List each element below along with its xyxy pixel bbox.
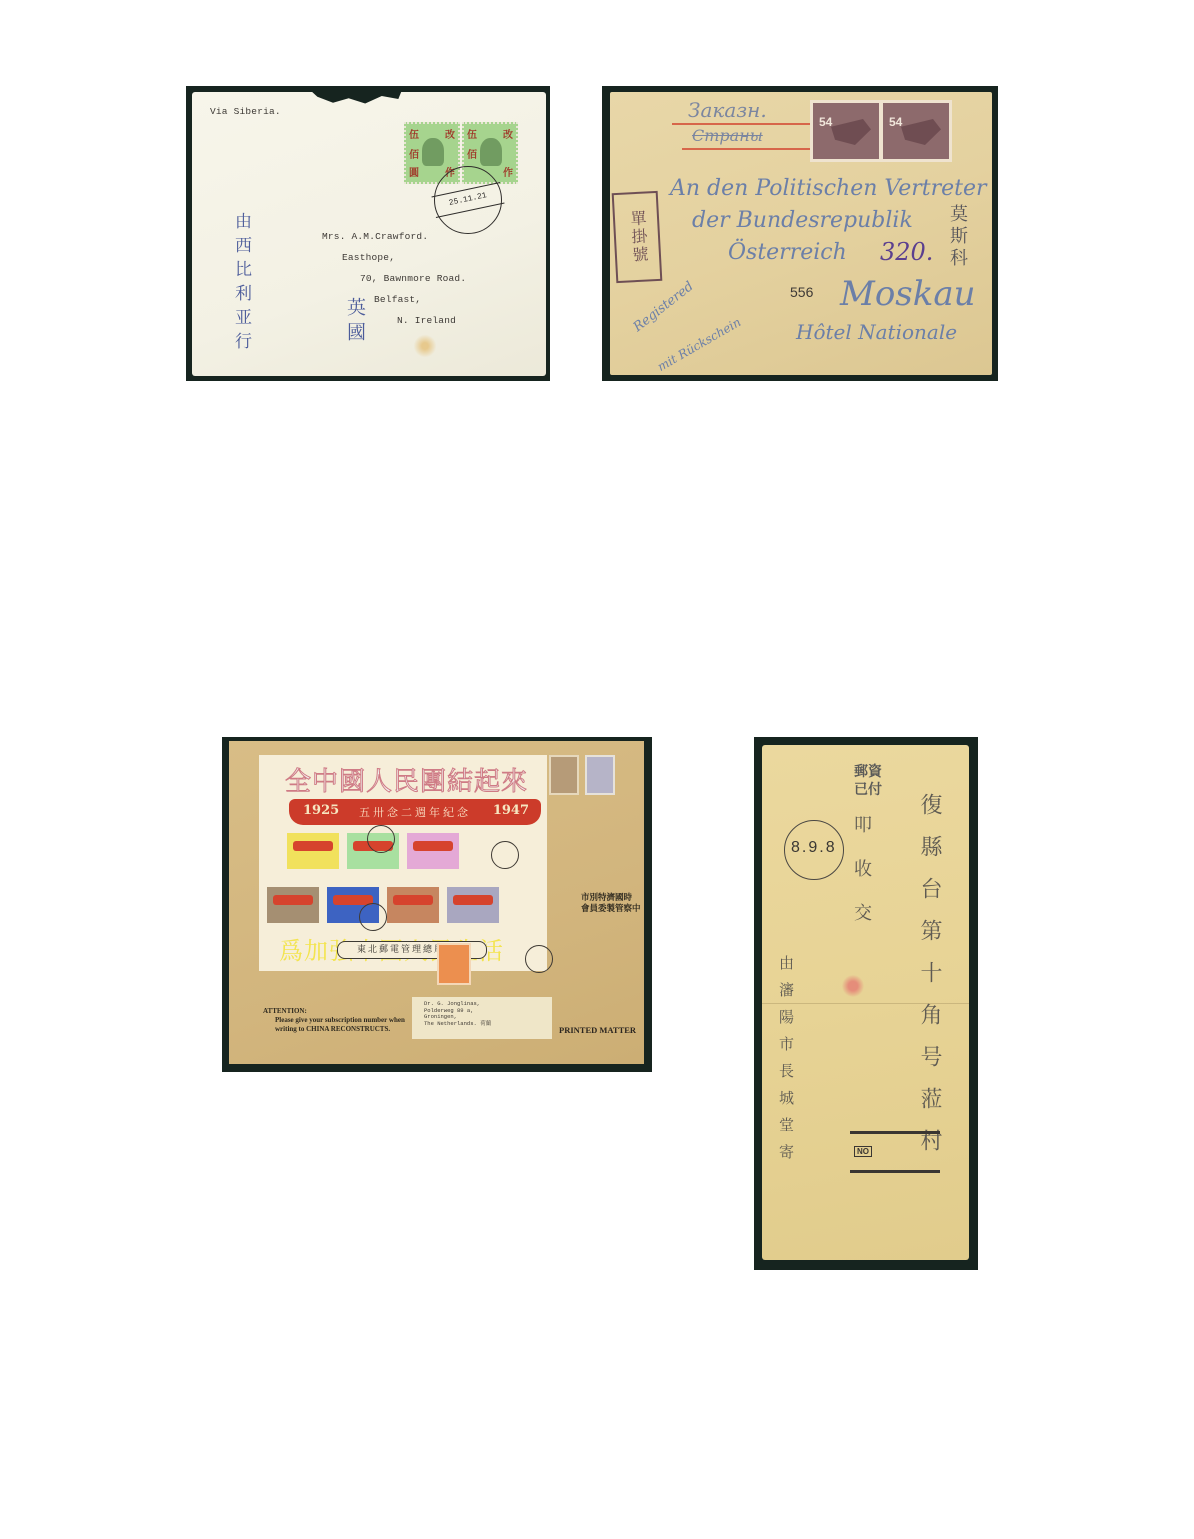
address-line: 70, Bawnmore Road.	[322, 268, 466, 289]
cover-via-siberia: Via Siberia. 伍 改 佰 圓 作 伍 改 佰 作 25.11.21 …	[186, 86, 550, 381]
banner-icon	[413, 841, 453, 851]
address-line: der Bundesrepublik	[692, 208, 913, 233]
address-line: Easthope,	[322, 247, 466, 268]
registration-mark: NO	[850, 1131, 940, 1173]
postmark-cancel	[491, 841, 519, 869]
postmark-cancel: 8.9.8	[784, 820, 844, 880]
address-city: Moskau	[840, 274, 976, 314]
envelope-tall: 郵資 已付 8.9.8 復縣台第十角号蒞村 叩收交 由瀋陽市長城堂寄 NO	[762, 745, 969, 1260]
banner-icon	[393, 895, 433, 905]
stamp-purple-2: 54	[880, 100, 952, 162]
postage-paid-line: 郵資	[854, 763, 896, 781]
banner-icon	[453, 895, 493, 905]
ribbon-text: 五卅念二週年紀念	[349, 804, 481, 820]
recipient-column: 叩收交	[848, 815, 874, 947]
overprint-char: 改	[503, 126, 513, 141]
address-line: Mrs. A.M.Crawford.	[322, 226, 466, 247]
envelope-white: Via Siberia. 伍 改 佰 圓 作 伍 改 佰 作 25.11.21 …	[192, 92, 546, 376]
overprint-char: 佰	[467, 146, 477, 161]
cyrillic-note: Заказн.	[688, 98, 767, 122]
printed-matter-label: PRINTED MATTER	[559, 1025, 636, 1035]
stain-mark	[414, 334, 436, 358]
postmark-date: 25.11.21	[431, 182, 504, 218]
overprint-char: 作	[503, 164, 513, 179]
banner-icon	[273, 895, 313, 905]
ribbon-year: 1925	[303, 803, 339, 818]
room-number: 320.	[880, 238, 933, 266]
stamp-orange	[437, 943, 471, 985]
stamp-purple-1: 54	[810, 100, 882, 162]
ribbon-year: 1947	[493, 803, 529, 818]
red-strike-line	[672, 123, 812, 125]
address-line: An den Politischen Vertreter	[670, 176, 987, 201]
pencil-note: mit Rückschein	[655, 315, 743, 374]
stamp-value: 54	[819, 115, 832, 129]
attention-line: writing to CHINA RECONSTRUCTS.	[263, 1025, 405, 1034]
stamp-lilac	[585, 755, 615, 795]
postmark-cancel: 25.11.21	[434, 166, 502, 234]
mini-stamp	[407, 833, 459, 869]
envelope-manila: Заказн. Страны 54 54 單掛號 An den Politisc…	[610, 92, 992, 375]
address-line: Hôtel Nationale	[796, 320, 957, 344]
cjk-destination: 莫斯科	[944, 204, 970, 270]
sender-column: 由瀋陽市長城堂寄	[776, 955, 797, 1171]
overprint-char: 佰	[409, 146, 419, 161]
postmark-cancel	[359, 903, 387, 931]
pencil-note: Registered	[631, 279, 697, 335]
overprint-char: 圓	[409, 164, 419, 179]
routing-note: Via Siberia.	[210, 106, 281, 117]
portrait-icon	[480, 138, 502, 166]
banner-icon	[293, 841, 333, 851]
overprint-char: 伍	[409, 126, 419, 141]
side-text-line: 會員委製管察中	[581, 904, 641, 915]
side-text: 市別特濟國時 會員委製管察中	[581, 893, 641, 915]
attention-heading: ATTENTION:	[263, 1007, 405, 1016]
portrait-icon	[422, 138, 444, 166]
mini-stamp	[387, 887, 439, 923]
postage-paid-line: 已付	[854, 781, 896, 799]
attention-line: Please give your subscription number whe…	[263, 1016, 405, 1025]
cover-registered-moscow: Заказн. Страны 54 54 單掛號 An den Politisc…	[602, 86, 998, 381]
address-line: The Netherlands. 荷蘭	[424, 1021, 491, 1028]
souvenir-sheet: 全中國人民團結起來 1925 五卅念二週年紀念 1947 爲加強中國人民生活 東…	[259, 755, 547, 971]
side-text-line: 市別特濟國時	[581, 893, 641, 904]
postmark-cancel	[525, 945, 553, 973]
address-column: 復縣台第十角号蒞村	[914, 793, 945, 1171]
postmark-cancel	[367, 825, 395, 853]
ribbon-banner: 1925 五卅念二週年紀念 1947	[289, 799, 541, 825]
red-strike-line	[682, 148, 822, 150]
stamp-brown	[549, 755, 579, 795]
address-label: Dr. G. Jonglinas, Polderweg 89 a, Gronin…	[412, 997, 552, 1039]
overprint-char: 改	[445, 126, 455, 141]
registration-box-stamp: 單掛號	[612, 191, 663, 283]
attention-notice: ATTENTION: Please give your subscription…	[263, 1007, 405, 1034]
registration-number: 556	[790, 284, 813, 300]
postmark-date: 8.9.8	[791, 839, 837, 857]
mini-stamp	[447, 887, 499, 923]
envelope-manila: 全中國人民團結起來 1925 五卅念二週年紀念 1947 爲加強中國人民生活 東…	[229, 741, 644, 1064]
cjk-routing-column: 由西比利亚行	[229, 212, 254, 356]
struck-text: Страны	[692, 126, 763, 145]
red-seal-mark	[842, 975, 864, 997]
stamp-value: 54	[889, 115, 902, 129]
flag-icon	[831, 119, 871, 145]
cover-chinese-vertical: 郵資 已付 8.9.8 復縣台第十角号蒞村 叩收交 由瀋陽市長城堂寄 NO	[754, 737, 978, 1270]
address-label-text: Dr. G. Jonglinas, Polderweg 89 a, Gronin…	[424, 1001, 491, 1027]
mini-stamp	[287, 833, 339, 869]
postage-paid-stamp: 郵資 已付	[854, 763, 896, 813]
registration-no-label: NO	[854, 1146, 872, 1157]
envelope-tear	[310, 92, 402, 105]
cover-china-reconstructs: 全中國人民團結起來 1925 五卅念二週年紀念 1947 爲加強中國人民生活 東…	[222, 737, 652, 1072]
flag-icon	[901, 119, 941, 145]
sheet-title: 全中國人民團結起來	[285, 761, 528, 798]
address-line: Österreich	[728, 240, 847, 265]
mini-stamp	[267, 887, 319, 923]
overprint-char: 伍	[467, 126, 477, 141]
cjk-destination: 英國	[342, 297, 369, 347]
